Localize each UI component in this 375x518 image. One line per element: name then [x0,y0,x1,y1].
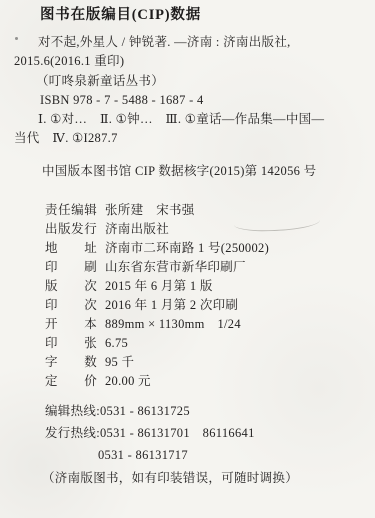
cip-title-line: 对不起,外星人 / 钟锐著. —济南 : 济南出版社, [38,35,291,50]
colophon-value: 济南出版社 [105,222,169,237]
colophon-label: 定价 [45,374,97,389]
colophon-row-address: 地址 济南市二环南路 1 号(250002) [45,241,269,256]
colophon-row-publisher: 出版发行 济南出版社 [45,222,169,237]
colophon-value: 95 千 [105,355,134,370]
colophon-value: 20.00 元 [105,374,151,389]
colophon-label: 版次 [45,279,97,294]
colophon-label: 开本 [45,317,97,332]
colophon-row-printer: 印刷 山东省东营市新华印刷厂 [45,260,246,275]
scan-speck [15,37,18,40]
cip-classification-line-2: 当代 Ⅳ. ①I287.7 [14,131,118,146]
colophon-row-wordcount: 字数 95 千 [45,355,134,370]
cip-record-number-line: 中国版本图书馆 CIP 数据核字(2015)第 142056 号 [42,164,316,179]
cip-classification-line-1: Ⅰ. ①对… Ⅱ. ①钟… Ⅲ. ①童话—作品集—中国— [38,112,324,127]
colophon-value: 张所建 宋书强 [105,203,195,218]
colophon-label: 出版发行 [45,222,97,237]
colophon-value: 6.75 [105,336,128,351]
cip-series-line: （叮咚泉新童话丛书） [36,74,164,89]
distribution-hotline-line-2: 0531 - 86131717 [98,448,188,463]
scan-crease-mark [234,213,321,233]
colophon-row-printing: 印次 2016 年 1 月第 2 次印刷 [45,298,238,313]
distribution-hotline-line: 发行热线:0531 - 86131701 86116641 [45,426,255,441]
cip-date-line: 2015.6(2016.1 重印) [14,54,124,69]
colophon-value: 山东省东营市新华印刷厂 [105,260,246,275]
colophon-label: 印张 [45,336,97,351]
colophon-row-sheets: 印张 6.75 [45,336,128,351]
exchange-notice-line: （济南版图书，如有印装错误，可随时调换） [42,471,298,486]
colophon-row-editor: 责任编辑 张所建 宋书强 [45,203,195,218]
editor-hotline-line: 编辑热线:0531 - 86131725 [45,404,190,419]
colophon-label: 字数 [45,355,97,370]
cip-header: 图书在版编目(CIP)数据 [40,8,201,23]
colophon-value: 2015 年 6 月第 1 版 [105,279,213,294]
colophon-label: 地址 [45,241,97,256]
colophon-label: 印次 [45,298,97,313]
colophon-row-edition: 版次 2015 年 6 月第 1 版 [45,279,213,294]
colophon-label: 责任编辑 [45,203,97,218]
colophon-value: 济南市二环南路 1 号(250002) [105,241,269,256]
colophon-row-price: 定价 20.00 元 [45,374,151,389]
colophon-value: 889mm × 1130mm 1/24 [105,317,241,332]
isbn-line: ISBN 978 - 7 - 5488 - 1687 - 4 [40,93,204,108]
colophon-value: 2016 年 1 月第 2 次印刷 [105,298,238,313]
colophon-row-format: 开本 889mm × 1130mm 1/24 [45,317,241,332]
colophon-label: 印刷 [45,260,97,275]
scanned-copyright-page: { "header": "图书在版编目(CIP)数据", "cip": { "t… [0,0,375,518]
